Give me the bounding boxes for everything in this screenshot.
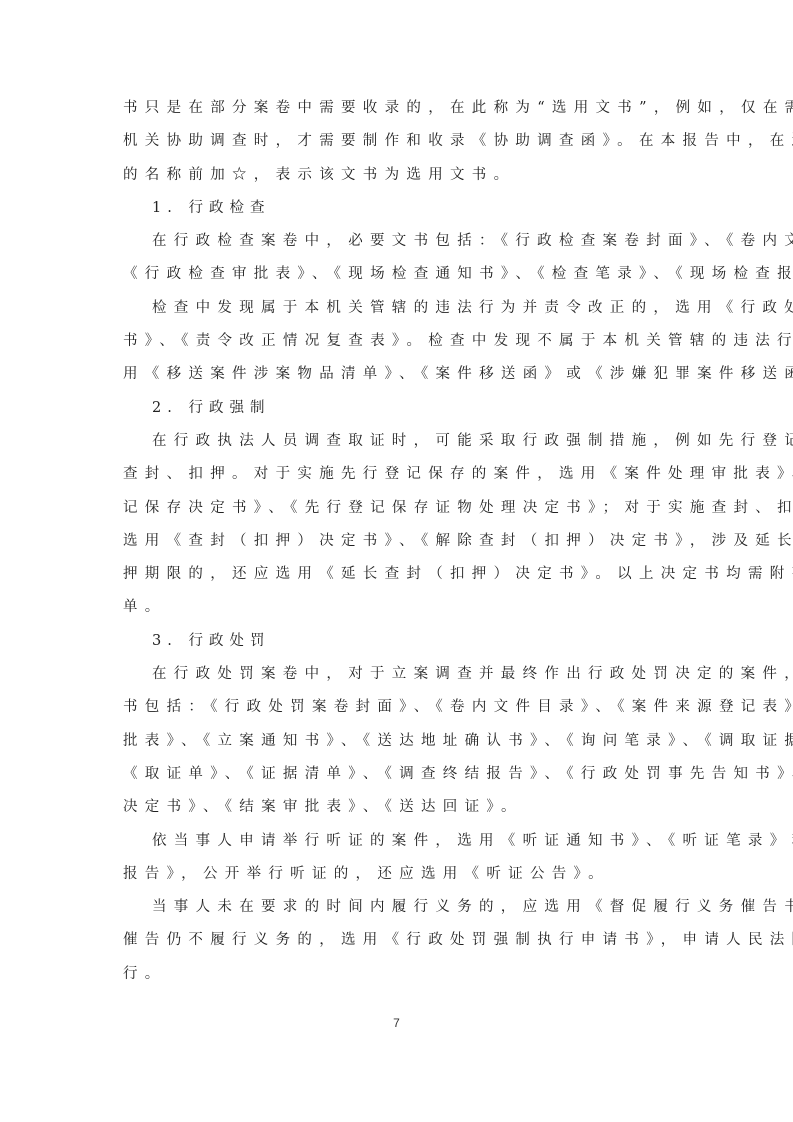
text-line: 在行政处罚案卷中，对于立案调查并最终作出行政处罚决定的案件，必要文: [123, 658, 679, 691]
text-line: 在行政执法人员调查取证时，可能采取行政强制措施，例如先行登记保存或: [123, 425, 679, 458]
paragraph: 在行政检查案卷中，必要文书包括：《行政检查案卷封面》、《卷内文件目录》、 《行政…: [123, 225, 679, 292]
text-line: 当事人未在要求的时间内履行义务的，应选用《督促履行义务催告书》，经: [123, 891, 679, 924]
text-line: 书》、《责令改正情况复查表》。检查中发现不属于本机关管辖的违法行为的，选: [123, 325, 679, 358]
text-line: 用《移送案件涉案物品清单》、《案件移送函》或《涉嫌犯罪案件移送函》。: [123, 358, 679, 391]
text-line: 押期限的，还应选用《延长查封（扣押）决定书》。以上决定书均需附有物品清: [123, 558, 679, 591]
paragraph: 在行政执法人员调查取证时，可能采取行政强制措施，例如先行登记保存或 查封、扣押。…: [123, 425, 679, 625]
text-line: 报告》，公开举行听证的，还应选用《听证公告》。: [123, 858, 679, 891]
paragraph: 依当事人申请举行听证的案件，选用《听证通知书》、《听证笔录》和《听证 报告》，公…: [123, 825, 679, 892]
section-heading-administrative-inspection: 1. 行政检查: [123, 192, 679, 225]
section-heading-administrative-enforcement: 2. 行政强制: [123, 392, 679, 425]
paragraph: 检查中发现属于本机关管辖的违法行为并责令改正的，选用《行政处理决定 书》、《责令…: [123, 292, 679, 392]
text-line: 《行政检查审批表》、《现场检查通知书》、《检查笔录》、《现场检查报告》。: [123, 258, 679, 291]
text-line: 在行政检查案卷中，必要文书包括：《行政检查案卷封面》、《卷内文件目录》、: [123, 225, 679, 258]
text-line: 查封、扣押。对于实施先行登记保存的案件，选用《案件处理审批表》、《先行登: [123, 458, 679, 491]
text-line: 的名称前加☆，表示该文书为选用文书。: [123, 159, 679, 192]
text-line: 记保存决定书》、《先行登记保存证物处理决定书》；对于实施查封、扣押的案件，: [123, 492, 679, 525]
text-line: 选用《查封（扣押）决定书》、《解除查封（扣押）决定书》，涉及延长查封、扣: [123, 525, 679, 558]
paragraph: 当事人未在要求的时间内履行义务的，应选用《督促履行义务催告书》，经 催告仍不履行…: [123, 891, 679, 991]
section-heading-administrative-penalty: 3. 行政处罚: [123, 625, 679, 658]
paragraph: 在行政处罚案卷中，对于立案调查并最终作出行政处罚决定的案件，必要文 书包括：《行…: [123, 658, 679, 824]
text-line: 催告仍不履行义务的，选用《行政处罚强制执行申请书》，申请人民法院强制执: [123, 924, 679, 957]
document-page: 书只是在部分案卷中需要收录的，在此称为“选用文书”，例如，仅在需要其他 机关协助…: [123, 92, 679, 991]
page-number: 7: [0, 1016, 793, 1030]
text-line: 单。: [123, 591, 679, 624]
paragraph: 书只是在部分案卷中需要收录的，在此称为“选用文书”，例如，仅在需要其他 机关协助…: [123, 92, 679, 192]
text-line: 书包括：《行政处罚案卷封面》、《卷内文件目录》、《案件来源登记表》、《立案审: [123, 691, 679, 724]
text-line: 依当事人申请举行听证的案件，选用《听证通知书》、《听证笔录》和《听证: [123, 825, 679, 858]
text-line: 行。: [123, 958, 679, 991]
text-line: 检查中发现属于本机关管辖的违法行为并责令改正的，选用《行政处理决定: [123, 292, 679, 325]
text-line: 批表》、《立案通知书》、《送达地址确认书》、《询问笔录》、《调取证据材料通知书》…: [123, 725, 679, 758]
text-line: 《取证单》、《证据清单》、《调查终结报告》、《行政处罚事先告知书》、《行政处理: [123, 758, 679, 791]
text-line: 决定书》、《结案审批表》、《送达回证》。: [123, 791, 679, 824]
text-line: 机关协助调查时，才需要制作和收录《协助调查函》。在本报告中，在选用文书: [123, 125, 679, 158]
text-line: 书只是在部分案卷中需要收录的，在此称为“选用文书”，例如，仅在需要其他: [123, 92, 679, 125]
